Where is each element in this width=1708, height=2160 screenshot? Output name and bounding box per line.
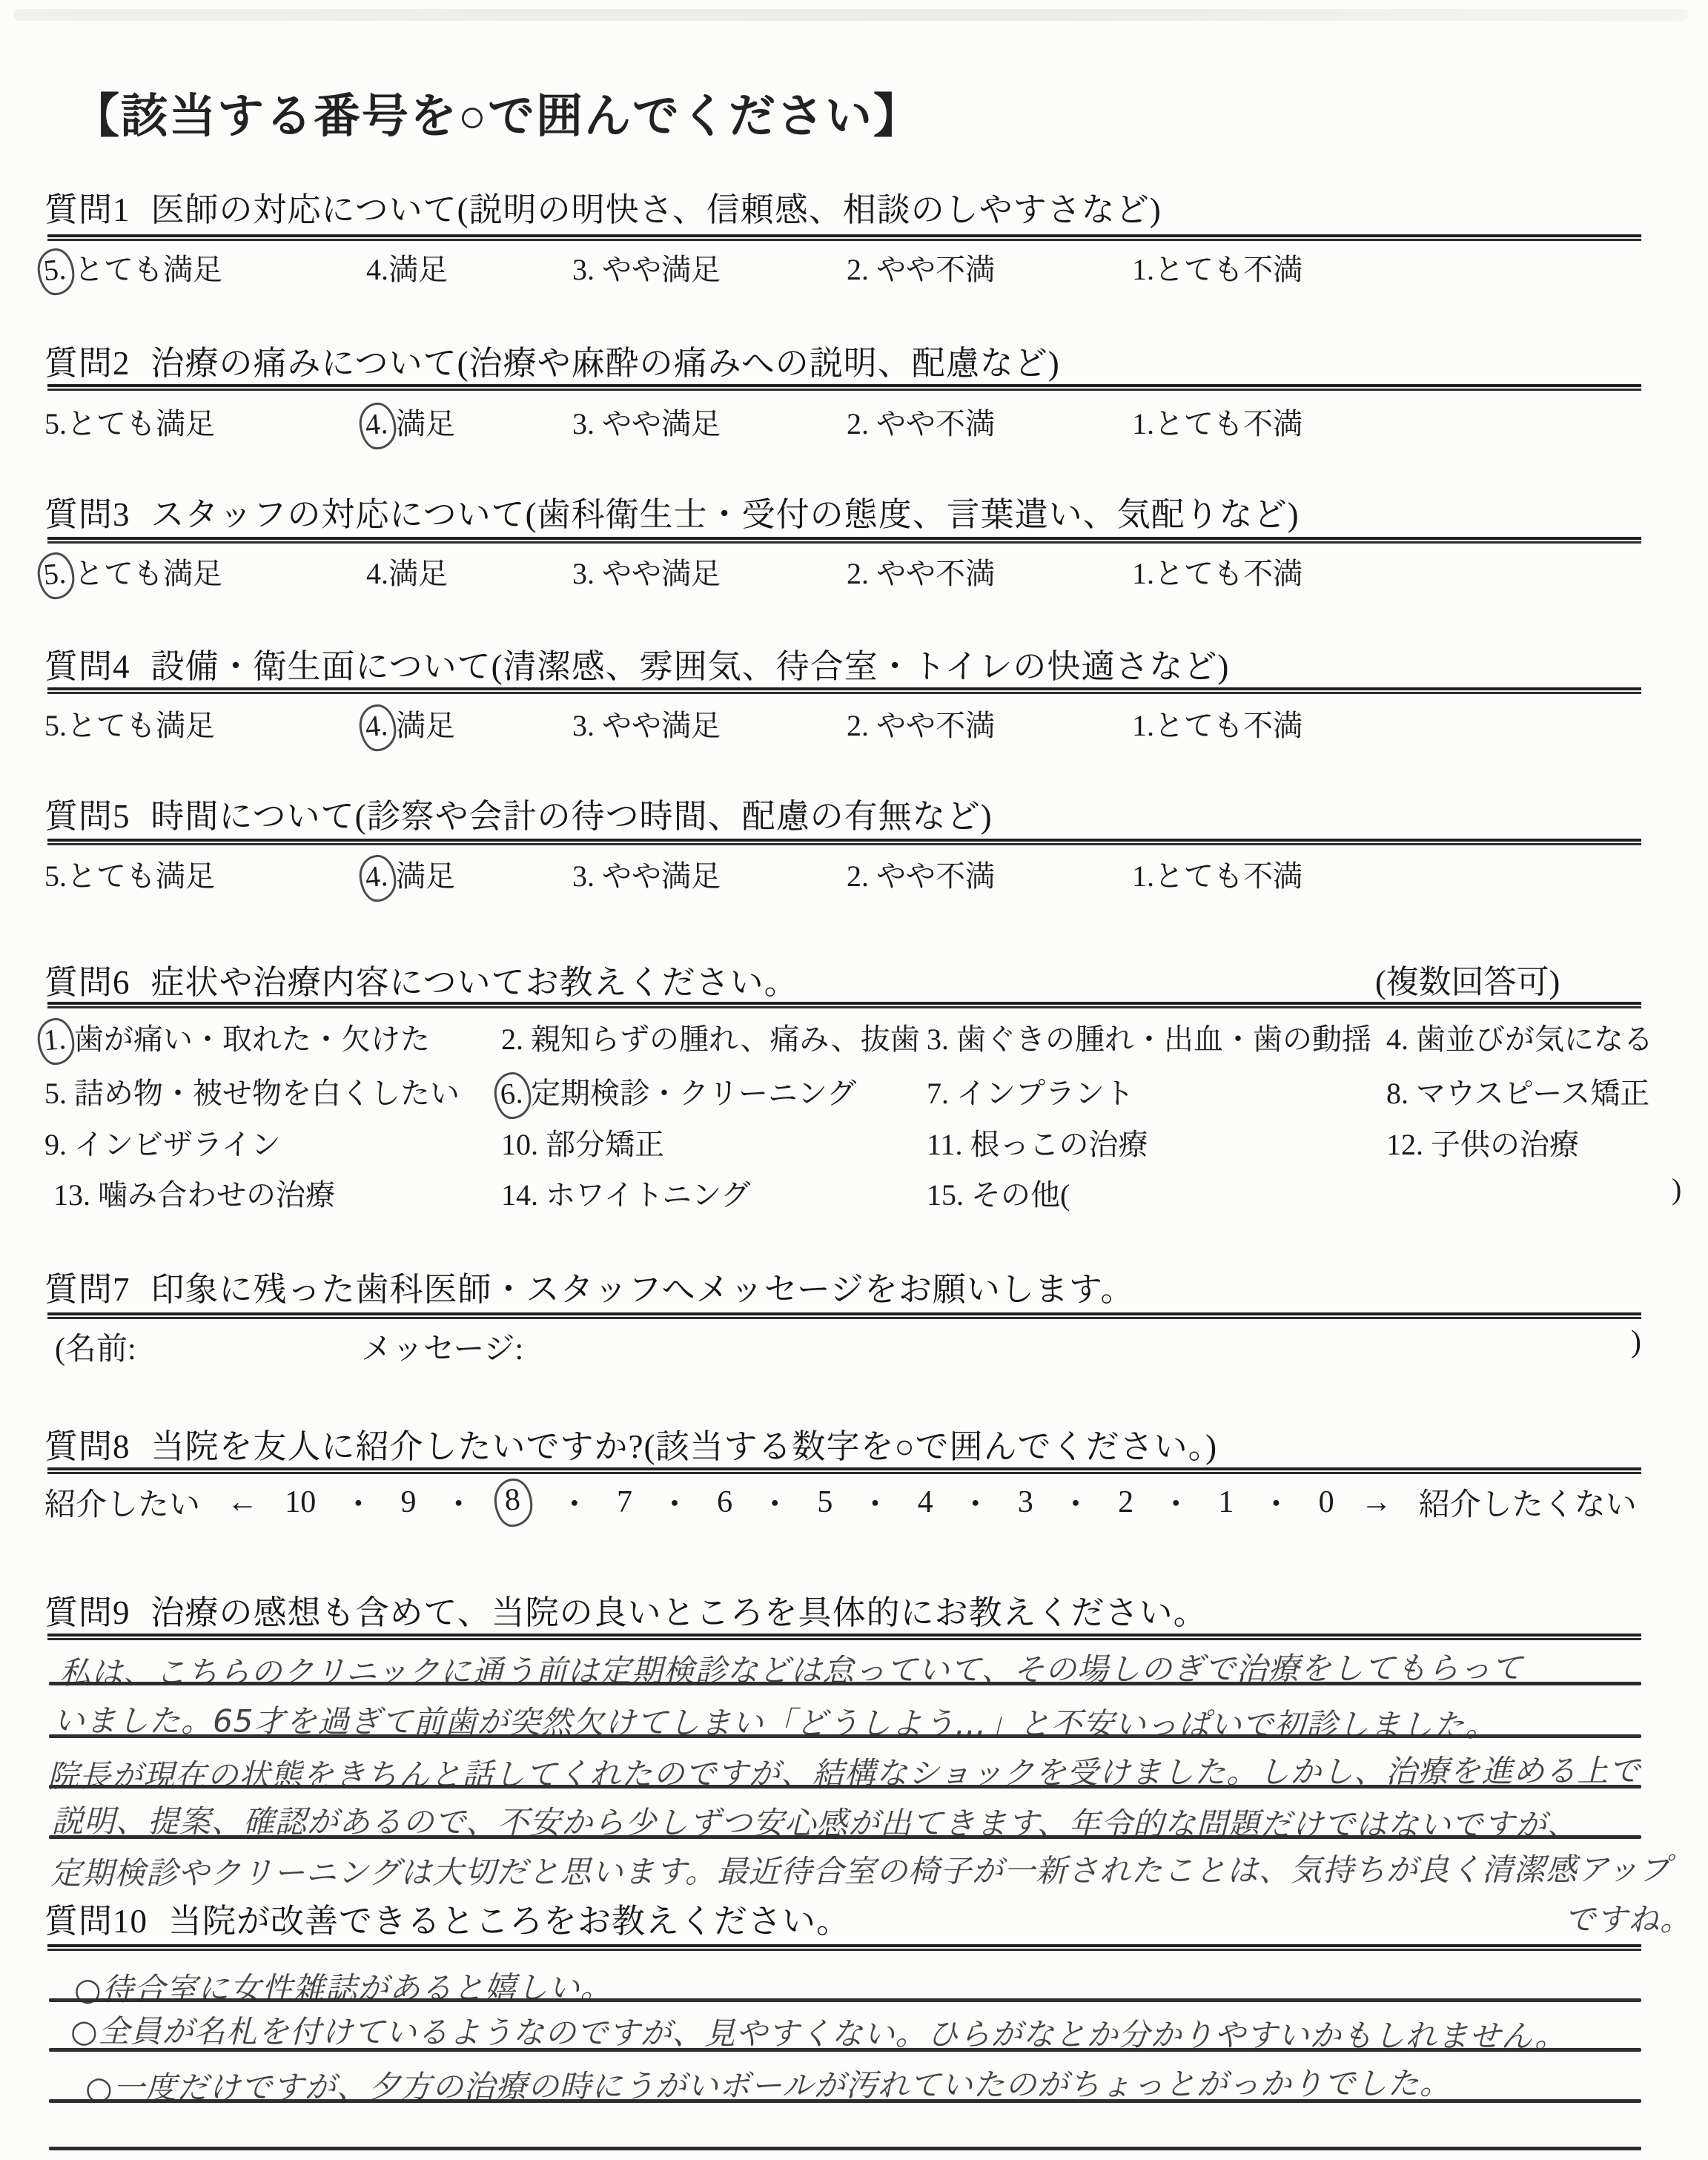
- question-10-header: 質問10当院が改善できるところをお教えください。: [44, 1894, 850, 1942]
- question-7-title: 印象に残った歯科医師・スタッフへメッセージをお願いします。: [151, 1271, 1135, 1308]
- symptom-item-6: 6.定期検診・クリーニング: [501, 1070, 856, 1113]
- question-3-divider: [47, 537, 1641, 544]
- ruled-line: [49, 1998, 1641, 2002]
- other-closing-paren: ): [1672, 1172, 1681, 1206]
- option-satisfied: 4.満足: [366, 853, 455, 896]
- q7-name-field-label: (名前:: [55, 1324, 136, 1369]
- dot-separator: ・: [960, 1480, 991, 1525]
- option-somewhat-satisfied: 3. やや満足: [572, 853, 721, 895]
- symptom-item-11: 11. 根っこの治療: [927, 1121, 1148, 1163]
- circled-answer-4: 4.: [357, 401, 397, 451]
- question-6-number: 質問6: [44, 964, 130, 1001]
- dot-separator: ・: [1060, 1480, 1091, 1525]
- question-5-title: 時間について(診察や会計の待つ時間、配慮の有無など): [151, 798, 993, 835]
- q7-message-field-label: メッセージ:: [361, 1324, 523, 1369]
- nps-10: 10: [285, 1484, 316, 1520]
- option-very-satisfied: 5.とても満足: [44, 550, 222, 593]
- form-title: 【該当する番号を○で囲んでください】: [73, 79, 921, 146]
- option-satisfied: 4.満足: [366, 400, 455, 443]
- question-6-note: (複数回答可): [1375, 955, 1560, 1003]
- question-1-options: 5.とても満足 4.満足 3. やや満足 2. やや不満 1.とても不満: [44, 246, 1668, 300]
- dot-separator: ・: [342, 1480, 374, 1525]
- option-very-satisfied: 5.とても満足: [44, 246, 222, 289]
- nps-3: 3: [1018, 1484, 1033, 1520]
- question-3-header: 質問3スタッフの対応について(歯科衛生士・受付の態度、言葉遣い、気配りなど): [44, 487, 1300, 535]
- q9-handwritten-line-3: 院長が現在の状態をきちんと話してくれたのですが、結構なショックを受けました。しか…: [47, 1746, 1641, 1797]
- question-4-divider: [47, 687, 1641, 694]
- circled-answer-4: 4.: [357, 703, 397, 753]
- nps-right-label: 紹介したくない: [1419, 1480, 1637, 1525]
- question-4-options: 5.とても満足 4.満足 3. やや満足 2. やや不満 1.とても不満: [44, 702, 1668, 756]
- q9-handwritten-line-5: 定期検診やクリーニングは大切だと思います。最近待合室の椅子が一新されたことは、気…: [50, 1845, 1671, 1894]
- question-5-number: 質問5: [44, 798, 130, 835]
- symptom-item-7: 7. インプラント: [927, 1070, 1134, 1112]
- nps-scale: 紹介したい ← 10・ 9・ 8・ 7・ 6・ 5・ 4・ 3・ 2・ 1・ 0…: [44, 1480, 1637, 1525]
- option-very-dissatisfied: 1.とても不満: [1132, 400, 1302, 443]
- dot-separator: ・: [443, 1480, 474, 1525]
- option-very-dissatisfied: 1.とても不満: [1132, 702, 1302, 744]
- question-6-row-1: 1.歯が痛い・取れた・欠けた 2. 親知らずの腫れ、痛み、抜歯 3. 歯ぐきの腫…: [44, 1016, 1668, 1069]
- symptom-item-2: 2. 親知らずの腫れ、痛み、抜歯: [501, 1016, 920, 1058]
- question-3-title: スタッフの対応について(歯科衛生士・受付の態度、言葉遣い、気配りなど): [151, 496, 1300, 533]
- question-7-number: 質問7: [44, 1271, 130, 1308]
- dot-separator: ・: [860, 1480, 891, 1525]
- question-4-header: 質問4設備・衛生面について(清潔感、雰囲気、待合室・トイレの快適さなど): [44, 639, 1229, 687]
- question-9-header: 質問9治療の感想も含めて、当院の良いところを具体的にお教えください。: [44, 1585, 1208, 1634]
- question-9-number: 質問9: [44, 1594, 130, 1631]
- q7-closing-paren: ): [1631, 1324, 1641, 1360]
- option-somewhat-satisfied: 3. やや満足: [572, 550, 721, 592]
- question-4-number: 質問4: [44, 648, 130, 685]
- question-2-title: 治療の痛みについて(治療や麻酔の痛みへの説明、配慮など): [151, 345, 1060, 382]
- ruled-line: [49, 1734, 1641, 1738]
- question-3-options: 5.とても満足 4.満足 3. やや満足 2. やや不満 1.とても不満: [44, 550, 1668, 604]
- nps-6: 6: [717, 1484, 732, 1520]
- nps-0: 0: [1319, 1484, 1334, 1520]
- question-6-row-4: 13. 噛み合わせの治療 14. ホワイトニング 15. その他( ): [44, 1172, 1668, 1225]
- question-6-divider: [47, 1002, 1641, 1008]
- option-very-satisfied: 5.とても満足: [44, 400, 215, 443]
- dot-separator: ・: [759, 1480, 790, 1525]
- question-8-divider: [47, 1467, 1641, 1474]
- dot-separator: ・: [1260, 1480, 1291, 1525]
- option-satisfied: 4.満足: [366, 550, 448, 592]
- nps-9: 9: [400, 1484, 416, 1520]
- nps-left-label: 紹介したい: [44, 1480, 200, 1525]
- symptom-item-1: 1.歯が痛い・取れた・欠けた: [44, 1016, 430, 1059]
- option-very-satisfied: 5.とても満足: [44, 702, 215, 744]
- ruled-line: [49, 2147, 1641, 2150]
- question-2-options: 5.とても満足 4.満足 3. やや満足 2. やや不満 1.とても不満: [44, 400, 1668, 454]
- ruled-line: [49, 1682, 1641, 1685]
- ruled-line: [49, 1835, 1641, 1839]
- nps-2: 2: [1118, 1484, 1133, 1520]
- option-somewhat-dissatisfied: 2. やや不満: [847, 400, 995, 443]
- option-somewhat-dissatisfied: 2. やや不満: [847, 550, 995, 592]
- question-9-divider: [47, 1634, 1641, 1640]
- symptom-item-3: 3. 歯ぐきの腫れ・出血・歯の動揺: [927, 1016, 1371, 1058]
- dot-separator: ・: [559, 1480, 590, 1525]
- left-arrow-icon: ←: [227, 1484, 258, 1520]
- question-6-header: 質問6症状や治療内容についてお教えください。: [44, 955, 798, 1003]
- question-8-header: 質問8当院を友人に紹介したいですか?(該当する数字を○で囲んでください。): [44, 1419, 1217, 1467]
- q10-handwritten-line-1: ○待合室に女性雑誌があると嬉しい。: [74, 1964, 612, 2010]
- question-3-number: 質問3: [44, 496, 130, 533]
- symptom-item-12: 12. 子供の治療: [1386, 1121, 1579, 1163]
- symptom-item-15: 15. その他(: [927, 1172, 1070, 1214]
- question-6-row-2: 5. 詰め物・被せ物を白くしたい 6.定期検診・クリーニング 7. インプラント…: [44, 1070, 1668, 1123]
- question-10-title: 当院が改善できるところをお教えください。: [168, 1903, 850, 1940]
- option-somewhat-satisfied: 3. やや満足: [572, 400, 721, 443]
- option-very-dissatisfied: 1.とても不満: [1132, 246, 1302, 288]
- right-arrow-icon: →: [1361, 1484, 1392, 1520]
- option-very-satisfied: 5.とても満足: [44, 853, 215, 895]
- q9-handwritten-line-1: 私は、こちらのクリニックに通う前は定期検診などは怠っていて、その場しのぎで治療を…: [59, 1644, 1523, 1694]
- symptom-item-14: 14. ホワイトニング: [501, 1172, 750, 1214]
- question-2-divider: [47, 384, 1641, 391]
- symptom-item-13: 13. 噛み合わせの治療: [53, 1172, 335, 1214]
- scan-artifact-band: [13, 9, 1689, 21]
- question-5-divider: [47, 839, 1641, 845]
- question-7-divider: [47, 1312, 1641, 1319]
- survey-form-scan: 【該当する番号を○で囲んでください】 質問1医師の対応について(説明の明快さ、信…: [0, 0, 1708, 2160]
- option-very-dissatisfied: 1.とても不満: [1132, 550, 1302, 592]
- question-10-number: 質問10: [44, 1903, 148, 1940]
- circled-answer-4: 4.: [357, 853, 397, 903]
- question-10-divider: [47, 1944, 1641, 1951]
- question-5-header: 質問5時間について(診察や会計の待つ時間、配慮の有無など): [44, 789, 993, 837]
- ruled-line: [49, 1785, 1641, 1789]
- question-1-divider: [47, 234, 1641, 241]
- circled-answer-6: 6.: [492, 1071, 532, 1120]
- question-5-options: 5.とても満足 4.満足 3. やや満足 2. やや不満 1.とても不満: [44, 853, 1668, 906]
- question-1-number: 質問1: [44, 191, 130, 228]
- symptom-item-4: 4. 歯並びが気になる: [1386, 1016, 1653, 1058]
- question-6-row-3: 9. インビザライン 10. 部分矯正 11. 根っこの治療 12. 子供の治療: [44, 1121, 1668, 1175]
- question-2-number: 質問2: [44, 345, 130, 382]
- q9-handwritten-overflow: ですね。: [1564, 1895, 1692, 1940]
- nps-4: 4: [918, 1484, 933, 1520]
- symptom-item-8: 8. マウスピース矯正: [1386, 1070, 1649, 1112]
- nps-7: 7: [617, 1484, 632, 1520]
- option-somewhat-satisfied: 3. やや満足: [572, 702, 721, 744]
- q9-handwritten-line-2: いました。65才を過ぎて前歯が突然欠けてしまい「どうしよう…」と不安いっぱいで初…: [53, 1697, 1497, 1746]
- symptom-item-5: 5. 詰め物・被せ物を白くしたい: [44, 1070, 460, 1112]
- dot-separator: ・: [659, 1480, 690, 1525]
- option-satisfied: 4.満足: [366, 702, 455, 745]
- circled-answer-8: 8: [493, 1477, 533, 1527]
- question-2-header: 質問2治療の痛みについて(治療や麻酔の痛みへの説明、配慮など): [44, 336, 1060, 384]
- option-somewhat-dissatisfied: 2. やや不満: [847, 246, 995, 288]
- ruled-line: [49, 2048, 1641, 2052]
- option-somewhat-satisfied: 3. やや満足: [572, 246, 721, 288]
- question-8-title: 当院を友人に紹介したいですか?(該当する数字を○で囲んでください。): [151, 1428, 1218, 1465]
- circled-answer-5: 5.: [36, 247, 76, 297]
- nps-5: 5: [817, 1484, 833, 1520]
- question-1-header: 質問1医師の対応について(説明の明快さ、信頼感、相談のしやすさなど): [44, 182, 1162, 231]
- circled-answer-1: 1.: [36, 1017, 76, 1066]
- option-somewhat-dissatisfied: 2. やや不満: [847, 702, 995, 744]
- option-very-dissatisfied: 1.とても不満: [1132, 853, 1302, 895]
- question-7-header: 質問7印象に残った歯科医師・スタッフへメッセージをお願いします。: [44, 1262, 1134, 1310]
- circled-answer-5: 5.: [36, 551, 76, 601]
- question-1-title: 医師の対応について(説明の明快さ、信頼感、相談のしやすさなど): [151, 191, 1162, 228]
- question-9-title: 治療の感想も含めて、当院の良いところを具体的にお教えください。: [151, 1594, 1208, 1631]
- question-8-number: 質問8: [44, 1428, 130, 1465]
- option-satisfied: 4.満足: [366, 246, 448, 288]
- symptom-item-10: 10. 部分矯正: [501, 1121, 664, 1163]
- ruled-line: [49, 2099, 1641, 2103]
- option-somewhat-dissatisfied: 2. やや不満: [847, 853, 995, 895]
- nps-1: 1: [1218, 1484, 1234, 1520]
- question-6-title: 症状や治療内容についてお教えください。: [151, 964, 798, 1001]
- dot-separator: ・: [1160, 1480, 1191, 1525]
- symptom-item-9: 9. インビザライン: [44, 1121, 281, 1163]
- question-4-title: 設備・衛生面について(清潔感、雰囲気、待合室・トイレの快適さなど): [151, 648, 1230, 685]
